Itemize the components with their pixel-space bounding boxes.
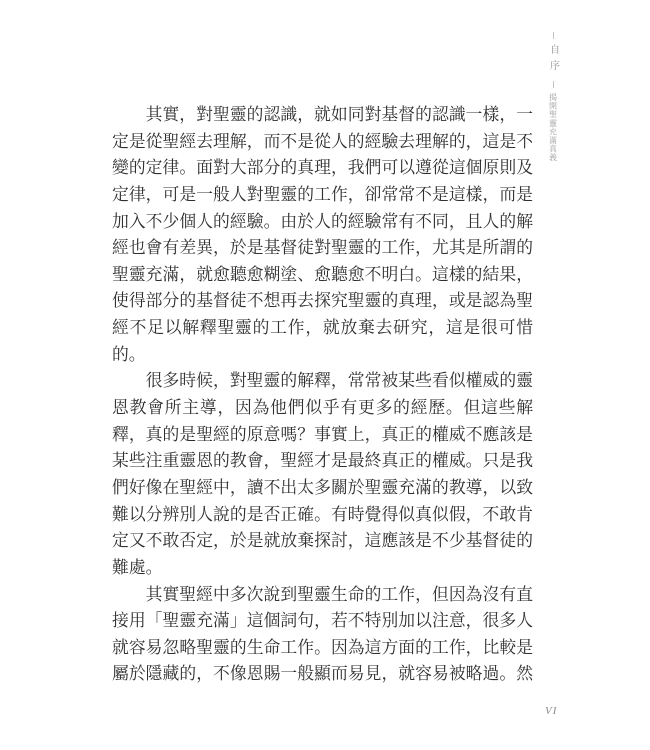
paragraph-3-line: 其實聖經中多次說到聖靈生命的工作，但因為沒有直 (112, 582, 533, 609)
paragraph-1-line: 經不足以解釋聖靈的工作，就放棄去研究，這是很可惜 (112, 315, 533, 342)
separator-line (553, 32, 554, 39)
book-page: 其實，對聖靈的認識，就如同對基督的認識一樣，一定是從聖經去理解，而不是從人的經驗… (0, 0, 650, 750)
paragraph-2-line: 定又不敢否定，於是就放棄探討，這應該是不少基督徒的 (112, 528, 533, 555)
paragraph-1-line: 聖靈充滿，就愈聽愈糊塗、愈聽愈不明白。這樣的結果， (112, 262, 533, 289)
paragraph-1-line: 的。 (112, 342, 533, 369)
separator-line (553, 81, 554, 88)
paragraph-2-line: 難以分辨別人說的是否正確。有時覺得似真似假，不敢肯 (112, 502, 533, 529)
paragraph-1-line: 定是從聖經去理解，而不是從人的經驗去理解的，這是不 (112, 129, 533, 156)
section-title-vertical: 自序 (546, 44, 561, 76)
paragraph-1-line: 其實，對聖靈的認識，就如同對基督的認識一樣，一 (112, 102, 533, 129)
paragraph-2-line: 難處。 (112, 555, 533, 582)
preface-body: 其實，對聖靈的認識，就如同對基督的認識一樣，一定是從聖經去理解，而不是從人的經驗… (112, 102, 533, 688)
paragraph-1-line: 加入不少個人的經驗。由於人的經驗常有不同，且人的解 (112, 209, 533, 236)
paragraph-2-line: 們好像在聖經中，讀不出太多關於聖靈充滿的教導，以致 (112, 475, 533, 502)
paragraph-1-line: 使得部分的基督徒不想再去探究聖靈的真理，或是認為聖 (112, 288, 533, 315)
paragraph-2-line: 釋，真的是聖經的原意嗎？事實上，真正的權威不應該是 (112, 422, 533, 449)
page-number: VI (545, 705, 557, 717)
paragraph-3-line: 屬於隱藏的，不像恩賜一般顯而易見，就容易被略過。然 (112, 661, 533, 688)
book-title-vertical: 揭開聖靈充滿真義 (548, 93, 559, 162)
paragraph-2-line: 恩教會所主導，因為他們似乎有更多的經歷。但這些解 (112, 395, 533, 422)
paragraph-2-line: 很多時候，對聖靈的解釋，常常被某些看似權威的靈 (112, 368, 533, 395)
paragraph-1-line: 經也會有差異，於是基督徒對聖靈的工作，尤其是所謂的 (112, 235, 533, 262)
paragraph-2-line: 某些注重靈恩的教會，聖經才是最終真正的權威。只是我 (112, 448, 533, 475)
paragraph-3-line: 接用「聖靈充滿」這個詞句，若不特別加以注意，很多人 (112, 608, 533, 635)
paragraph-1-line: 定律，可是一般人對聖靈的工作，卻常常不是這樣，而是 (112, 182, 533, 209)
running-head: 自序 揭開聖靈充滿真義 (546, 32, 560, 162)
paragraph-1-line: 變的定律。面對大部分的真理，我們可以遵從這個原則及 (112, 155, 533, 182)
paragraph-3-line: 就容易忽略聖靈的生命工作。因為這方面的工作，比較是 (112, 635, 533, 662)
